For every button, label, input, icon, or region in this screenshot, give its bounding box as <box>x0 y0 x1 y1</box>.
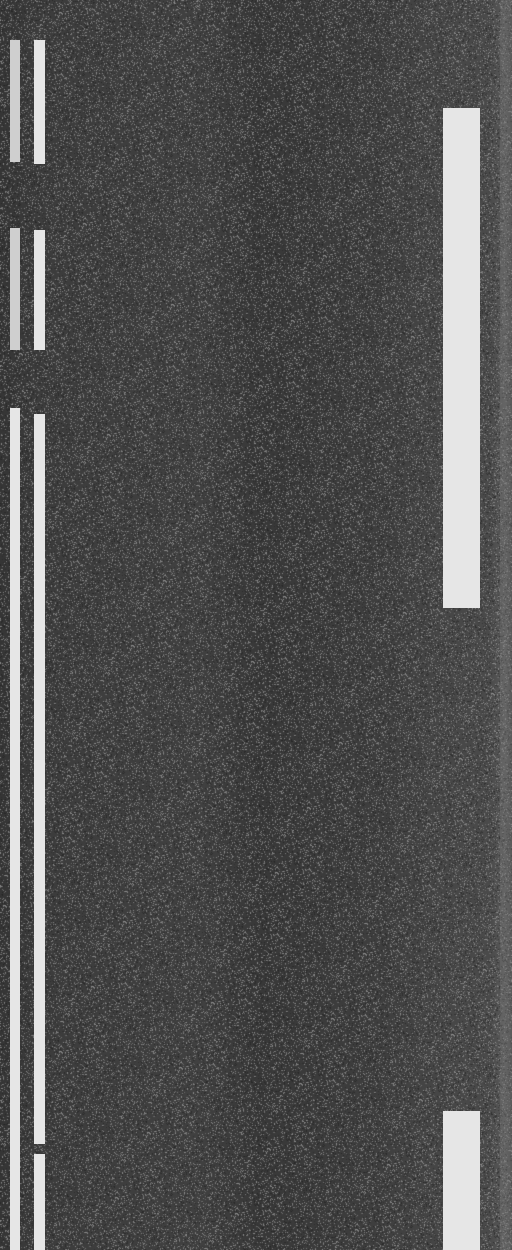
lane-marking-left-inner <box>34 1154 45 1250</box>
road-shoulder <box>500 0 512 1250</box>
lane-marking-left-inner <box>34 230 45 350</box>
asphalt-road <box>0 0 512 1250</box>
lane-marking-left-inner <box>34 414 45 1144</box>
lane-marking-left-outer <box>10 40 20 162</box>
lane-marking-left-outer <box>10 408 20 1250</box>
lane-marking-right <box>443 1111 480 1250</box>
lane-marking-left-inner <box>34 40 45 164</box>
lane-marking-right <box>443 108 480 608</box>
lane-marking-left-outer <box>10 228 20 350</box>
asphalt-texture <box>0 0 512 1250</box>
